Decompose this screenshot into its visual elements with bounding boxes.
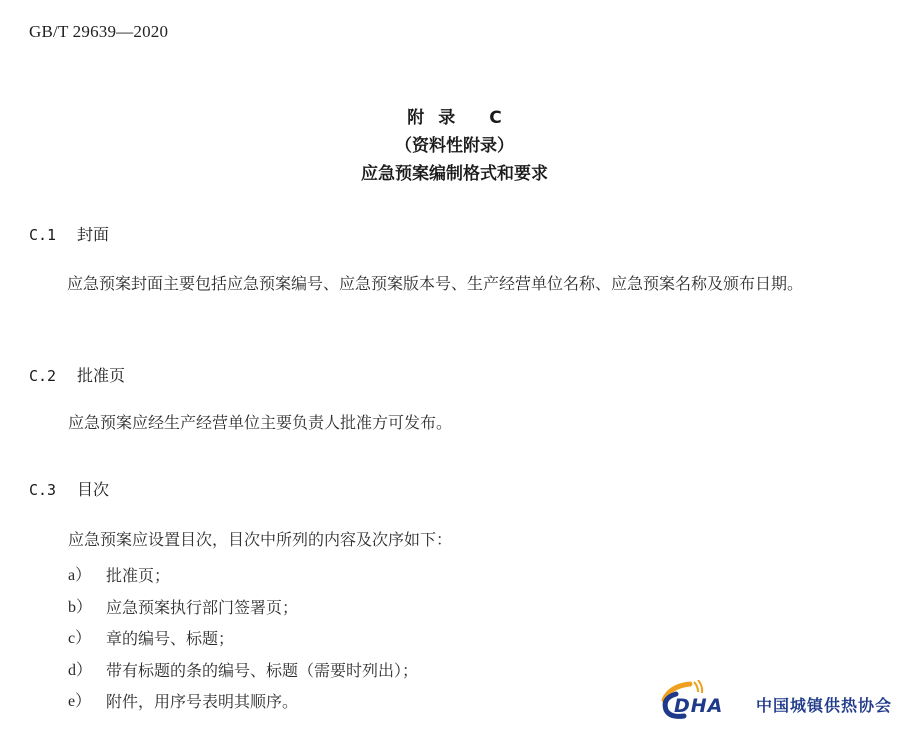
section-heading-c2: C.2 批准页 xyxy=(29,363,125,386)
org-name: 中国城镇供热协会 xyxy=(756,693,892,716)
section-title: 批准页 xyxy=(77,363,125,386)
list-item-text: 应急预案执行部门签署页； xyxy=(106,592,298,624)
list-marker: c） xyxy=(68,623,106,655)
section-heading-c3: C.3 目次 xyxy=(29,477,109,500)
cdha-watermark-logo: DHA 中国城镇供热协会 xyxy=(660,680,892,720)
annex-title-block: 附录 C （资料性附录） 应急预案编制格式和要求 xyxy=(0,104,909,188)
section-number: C.2 xyxy=(29,367,77,385)
annex-type: （资料性附录） xyxy=(0,132,909,160)
section-c2-body: 应急预案应经生产经营单位主要负责人批准方可发布。 xyxy=(68,407,452,439)
list-item: e） 附件，用序号表明其顺序。 xyxy=(68,686,418,718)
toc-contents-list: a） 批准页； b） 应急预案执行部门签署页； c） 章的编号、标题； d） 带… xyxy=(68,560,418,718)
section-heading-c1: C.1 封面 xyxy=(29,222,109,245)
section-c3-body: 应急预案应设置目次，目次中所列的内容及次序如下： xyxy=(68,524,452,556)
list-marker: a） xyxy=(68,560,106,592)
list-item: b） 应急预案执行部门签署页； xyxy=(68,592,418,624)
logo-abbr: DHA xyxy=(674,695,723,717)
section-c1-body: 应急预案封面主要包括应急预案编号、应急预案版本号、生产经营单位名称、应急预案名称… xyxy=(29,268,889,300)
list-item-text: 附件，用序号表明其顺序。 xyxy=(106,686,298,718)
section-number: C.3 xyxy=(29,481,77,499)
annex-label: 附录 C xyxy=(0,104,909,132)
list-item: d） 带有标题的条的编号、标题（需要时列出）； xyxy=(68,655,418,687)
section-title: 目次 xyxy=(77,477,109,500)
list-item-text: 批准页； xyxy=(106,560,170,592)
section-number: C.1 xyxy=(29,226,77,244)
list-item-text: 章的编号、标题； xyxy=(106,623,234,655)
standard-code: GB/T 29639—2020 xyxy=(29,22,168,42)
annex-main-title: 应急预案编制格式和要求 xyxy=(0,160,909,188)
list-marker: d） xyxy=(68,655,106,687)
section-title: 封面 xyxy=(77,222,109,245)
list-marker: e） xyxy=(68,686,106,718)
list-item: c） 章的编号、标题； xyxy=(68,623,418,655)
list-item: a） 批准页； xyxy=(68,560,418,592)
list-item-text: 带有标题的条的编号、标题（需要时列出）； xyxy=(106,655,418,687)
list-marker: b） xyxy=(68,592,106,624)
cdha-logo-icon: DHA xyxy=(660,680,746,720)
